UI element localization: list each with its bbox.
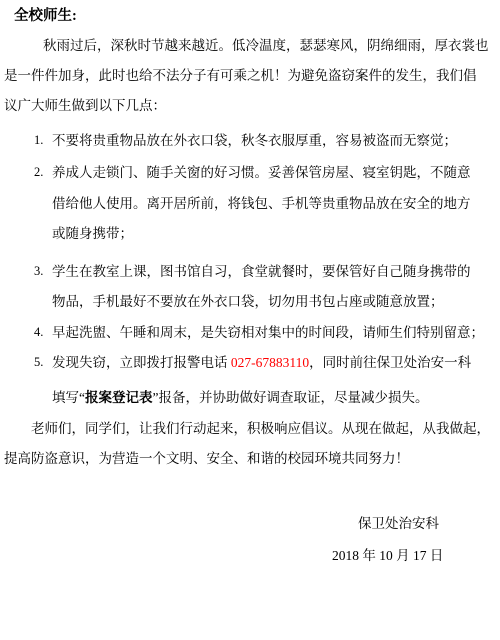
- intro-line-2: 是一件件加身，此时也给不法分子有可乘之机！为避免盗窃案件的发生，我们倡: [0, 66, 500, 85]
- line-text: 2018 年 10 月 17 日: [332, 546, 443, 565]
- text-run: 秋雨过后，深秋时节越来越近。低冷温度，瑟瑟寒风，阴绵细雨，厚衣裳也: [43, 38, 489, 53]
- list-item-2-line-3: 或随身携带；: [0, 224, 500, 243]
- text-run: ”报备，并协助做好调查取证，尽量减少损失。: [153, 390, 429, 405]
- line-text: 学生在教室上课，图书馆自习，食堂就餐时，要保管好自己随身携带的: [52, 262, 471, 281]
- doc-title: 全校师生:: [0, 7, 500, 26]
- text-run: 老师们，同学们，让我们行动起来，积极响应倡议。从现在做起，从我做起，: [31, 421, 490, 436]
- text-run: 发现失窃，立即拨打报警电话: [52, 355, 231, 370]
- list-number: 1.: [34, 131, 43, 150]
- closing-line-1: 老师们，同学们，让我们行动起来，积极响应倡议。从现在做起，从我做起，: [0, 419, 500, 438]
- intro-line-1: 秋雨过后，深秋时节越来越近。低冷温度，瑟瑟寒风，阴绵细雨，厚衣裳也: [0, 36, 500, 55]
- list-item-2-line-2: 借给他人使用。离开居所前，将钱包、手机等贵重物品放在安全的地方: [0, 194, 500, 213]
- line-text: 保卫处治安科: [358, 514, 439, 533]
- line-text: 或随身携带；: [52, 224, 133, 243]
- text-run: 不要将贵重物品放在外衣口袋，秋冬衣服厚重，容易被盗而无察觉；: [52, 133, 457, 148]
- text-run: 5.: [34, 355, 43, 369]
- line-text: 物品，手机最好不要放在外衣口袋，切勿用书包占座或随意放置；: [52, 292, 444, 311]
- signature: 保卫处治安科: [0, 514, 500, 533]
- line-text: 借给他人使用。离开居所前，将钱包、手机等贵重物品放在安全的地方: [52, 194, 471, 213]
- line-text: 是一件件加身，此时也给不法分子有可乘之机！为避免盗窃案件的发生，我们倡: [4, 66, 477, 85]
- date: 2018 年 10 月 17 日: [0, 546, 500, 565]
- line-text: 养成人走锁门、随手关窗的好习惯。妥善保管房屋、寝室钥匙，不随意: [52, 163, 471, 182]
- list-item-3-line-2: 物品，手机最好不要放在外衣口袋，切勿用书包占座或随意放置；: [0, 292, 500, 311]
- document-page: 全校师生:秋雨过后，深秋时节越来越近。低冷温度，瑟瑟寒风，阴绵细雨，厚衣裳也是一…: [0, 0, 500, 640]
- list-number: 5.: [34, 353, 43, 372]
- text-run: 或随身携带；: [52, 226, 133, 241]
- text-run: 保卫处治安科: [358, 516, 439, 531]
- line-text: 议广大师生做到以下几点：: [4, 96, 166, 115]
- text-run: 1.: [34, 133, 43, 147]
- text-run: 全校师生:: [14, 8, 77, 24]
- phone-number-text: 027-67883110: [231, 355, 309, 370]
- list-number: 3.: [34, 262, 43, 281]
- list-item-5-line-1: 5.发现失窃，立即拨打报警电话 027-67883110，同时前往保卫处治安一科: [0, 353, 500, 372]
- line-text: 秋雨过后，深秋时节越来越近。低冷温度，瑟瑟寒风，阴绵细雨，厚衣裳也: [43, 36, 489, 55]
- text-run: 养成人走锁门、随手关窗的好习惯。妥善保管房屋、寝室钥匙，不随意: [52, 165, 471, 180]
- list-item-4: 4.早起洗盥、午睡和周末，是失窃相对集中的时间段，请师生们特别留意；: [0, 323, 500, 342]
- list-item-3-line-1: 3.学生在教室上课，图书馆自习，食堂就餐时，要保管好自己随身携带的: [0, 262, 500, 281]
- text-run: 早起洗盥、午睡和周末，是失窃相对集中的时间段，请师生们特别留意；: [52, 325, 484, 340]
- line-text: 不要将贵重物品放在外衣口袋，秋冬衣服厚重，容易被盗而无察觉；: [52, 131, 457, 150]
- text-run: 是一件件加身，此时也给不法分子有可乘之机！为避免盗窃案件的发生，我们倡: [4, 68, 477, 83]
- text-run: ，同时前往保卫处治安一科: [309, 355, 471, 370]
- line-text: 早起洗盥、午睡和周末，是失窃相对集中的时间段，请师生们特别留意；: [52, 323, 484, 342]
- list-item-1: 1.不要将贵重物品放在外衣口袋，秋冬衣服厚重，容易被盗而无察觉；: [0, 131, 500, 150]
- text-run: 物品，手机最好不要放在外衣口袋，切勿用书包占座或随意放置；: [52, 294, 444, 309]
- text-run: 2.: [34, 165, 43, 179]
- line-text: 老师们，同学们，让我们行动起来，积极响应倡议。从现在做起，从我做起，: [31, 419, 490, 438]
- line-text: 全校师生:: [14, 7, 77, 26]
- closing-line-2: 提高防盗意识，为营造一个文明、安全、和谐的校园环境共同努力！: [0, 449, 500, 468]
- intro-line-3: 议广大师生做到以下几点：: [0, 96, 500, 115]
- text-run: 2018 年 10 月 17 日: [332, 548, 443, 563]
- text-run: 报案登记表: [85, 390, 153, 405]
- text-run: 议广大师生做到以下几点：: [4, 98, 166, 113]
- list-number: 4.: [34, 323, 43, 342]
- list-item-5-line-2: 填写“报案登记表”报备，并协助做好调查取证，尽量减少损失。: [0, 388, 500, 407]
- line-text: 发现失窃，立即拨打报警电话 027-67883110，同时前往保卫处治安一科: [52, 353, 471, 372]
- text-run: 提高防盗意识，为营造一个文明、安全、和谐的校园环境共同努力！: [4, 451, 409, 466]
- text-run: 填写“: [52, 390, 85, 405]
- line-text: 提高防盗意识，为营造一个文明、安全、和谐的校园环境共同努力！: [4, 449, 409, 468]
- text-run: 4.: [34, 325, 43, 339]
- text-run: 学生在教室上课，图书馆自习，食堂就餐时，要保管好自己随身携带的: [52, 264, 471, 279]
- list-number: 2.: [34, 163, 43, 182]
- text-run: 借给他人使用。离开居所前，将钱包、手机等贵重物品放在安全的地方: [52, 196, 471, 211]
- line-text: 填写“报案登记表”报备，并协助做好调查取证，尽量减少损失。: [52, 388, 429, 407]
- list-item-2-line-1: 2.养成人走锁门、随手关窗的好习惯。妥善保管房屋、寝室钥匙，不随意: [0, 163, 500, 182]
- text-run: 3.: [34, 264, 43, 278]
